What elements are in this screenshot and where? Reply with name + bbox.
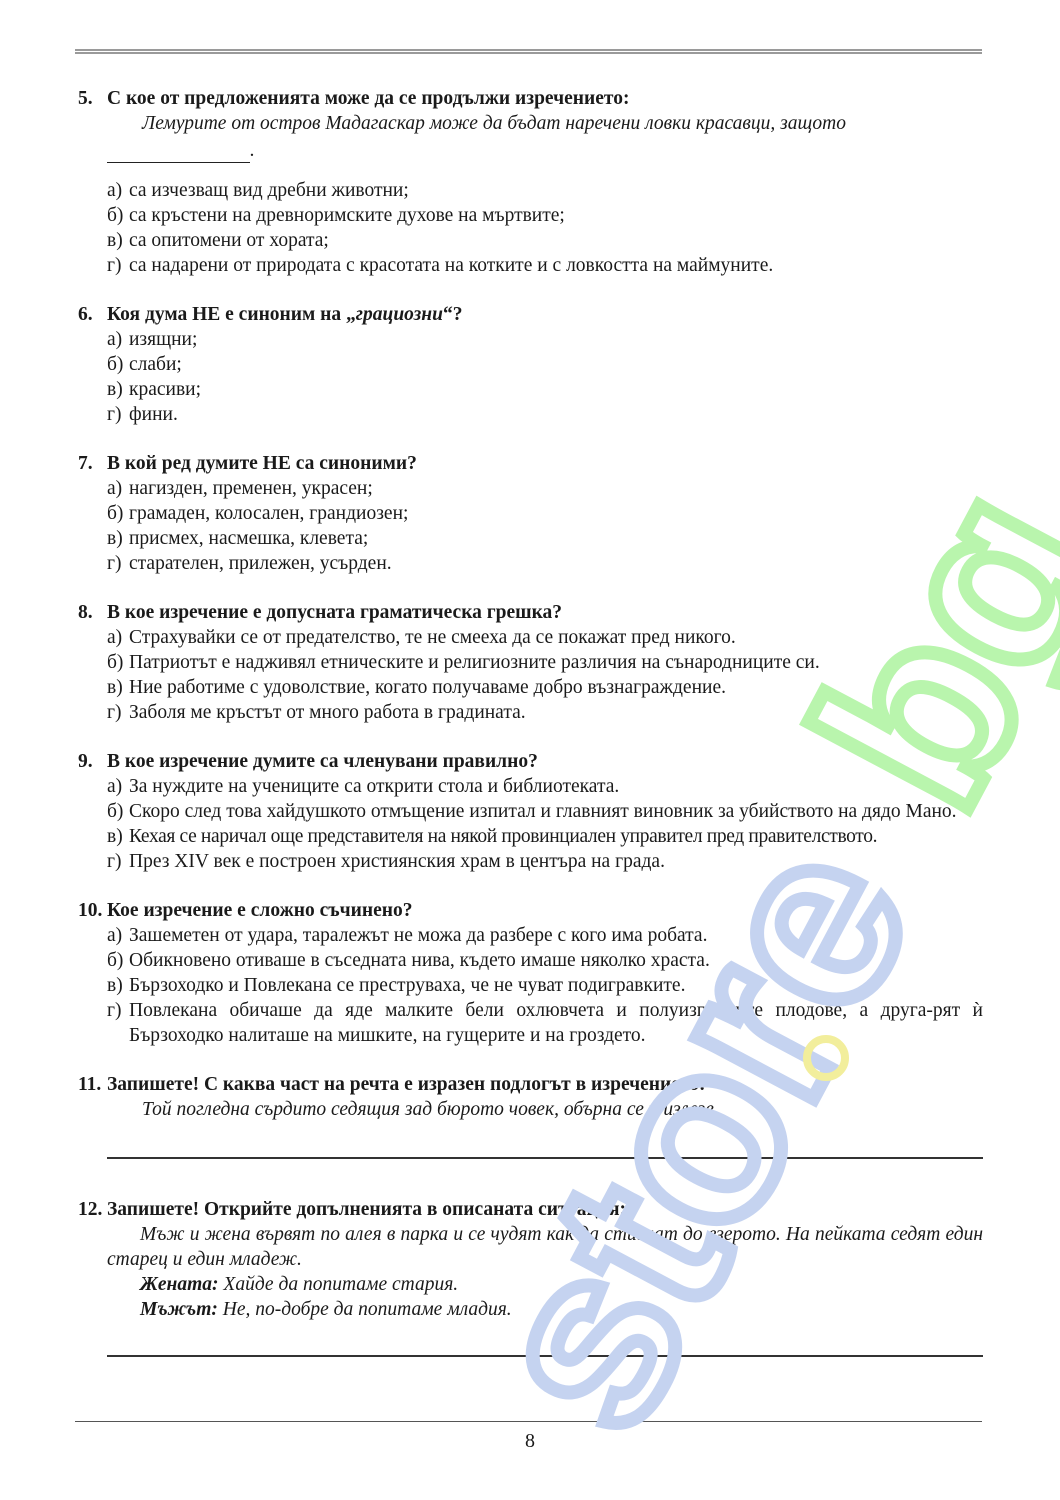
question-7: 7. В кой ред думите НЕ са синоними? а)на… bbox=[78, 451, 983, 576]
question-title: Кое изречение е сложно съчинено? bbox=[107, 898, 983, 923]
option-g[interactable]: г)старателен, прилежен, усърден. bbox=[107, 551, 983, 576]
footer-rule bbox=[75, 1421, 982, 1422]
exercise-content: 5. С кое от предложенията може да се про… bbox=[78, 86, 983, 1357]
option-text: фини. bbox=[129, 402, 983, 427]
option-text: нагизден, пременен, украсен; bbox=[129, 476, 983, 501]
question-8: 8. В кое изречение е допусната граматиче… bbox=[78, 600, 983, 725]
dialogue-line-2: Мъжът: Не, по-добре да попитаме младия. bbox=[140, 1297, 983, 1322]
option-text: изящни; bbox=[129, 327, 983, 352]
option-text: Обикновено отиваше в съседната нива, къд… bbox=[129, 948, 983, 973]
option-b[interactable]: б)са кръстени на древноримските духове н… bbox=[107, 203, 983, 228]
speaker-label: Жената: bbox=[140, 1274, 219, 1295]
title-part: “? bbox=[443, 304, 463, 325]
fill-blank: . bbox=[107, 138, 983, 163]
title-italic-word: грациозни bbox=[356, 304, 443, 325]
question-title: В кое изречение думите са членувани прав… bbox=[107, 749, 983, 774]
option-text: Скоро след това хайдушкото отмъщение изп… bbox=[129, 799, 983, 824]
header-double-rule bbox=[75, 49, 982, 54]
option-a[interactable]: а)Страхувайки се от предателство, те не … bbox=[107, 625, 983, 650]
option-text: Бързоходко и Повлекана се преструваха, ч… bbox=[129, 973, 983, 998]
options-list: а)Страхувайки се от предателство, те не … bbox=[107, 625, 983, 725]
answer-line[interactable] bbox=[107, 1157, 983, 1159]
speaker-line: Не, по-добре да попитаме младия. bbox=[223, 1299, 512, 1320]
option-g[interactable]: г)Заболя ме кръстът от много работа в гр… bbox=[107, 700, 983, 725]
question-number: 10. bbox=[78, 898, 107, 923]
question-5: 5. С кое от предложенията може да се про… bbox=[78, 86, 983, 278]
option-v[interactable]: в)са опитомени от хората; bbox=[107, 228, 983, 253]
question-title: С кое от предложенията може да се продъл… bbox=[107, 86, 983, 111]
option-label: б) bbox=[107, 650, 129, 675]
option-g[interactable]: г)фини. bbox=[107, 402, 983, 427]
question-title: Коя дума НЕ е синоним на „грациозни“? bbox=[107, 302, 983, 327]
option-text: са надарени от природата с красотата на … bbox=[129, 253, 983, 278]
question-number: 12. bbox=[78, 1197, 107, 1222]
option-label: в) bbox=[107, 824, 129, 849]
option-label: в) bbox=[107, 973, 129, 998]
option-b[interactable]: б)Скоро след това хайдушкото отмъщение и… bbox=[107, 799, 983, 824]
option-label: в) bbox=[107, 675, 129, 700]
option-text: старателен, прилежен, усърден. bbox=[129, 551, 983, 576]
option-text: През XIV век е построен християнския хра… bbox=[129, 849, 983, 874]
question-9: 9. В кое изречение думите са членувани п… bbox=[78, 749, 983, 874]
option-text: Повлекана обичаше да яде малките бели ох… bbox=[129, 998, 983, 1048]
option-text: Зашеметен от удара, таралежът не можа да… bbox=[129, 923, 983, 948]
quote-text: Лемурите от остров Мадагаскар може да бъ… bbox=[142, 111, 983, 136]
option-a[interactable]: а)нагизден, пременен, украсен; bbox=[107, 476, 983, 501]
option-label: г) bbox=[107, 551, 129, 576]
page-number: 8 bbox=[0, 1430, 1060, 1453]
option-label: а) bbox=[107, 476, 129, 501]
option-text: Заболя ме кръстът от много работа в град… bbox=[129, 700, 983, 725]
question-number: 8. bbox=[78, 600, 107, 625]
option-label: б) bbox=[107, 352, 129, 377]
question-10: 10. Кое изречение е сложно съчинено? а)З… bbox=[78, 898, 983, 1048]
option-v[interactable]: в)Кехая се наричал още представителя на … bbox=[107, 824, 983, 849]
speaker-label: Мъжът: bbox=[140, 1299, 218, 1320]
option-label: б) bbox=[107, 948, 129, 973]
option-text: са опитомени от хората; bbox=[129, 228, 983, 253]
option-v[interactable]: в)Бързоходко и Повлекана се преструваха,… bbox=[107, 973, 983, 998]
option-g[interactable]: г)Повлекана обичаше да яде малките бели … bbox=[107, 998, 983, 1048]
option-label: г) bbox=[107, 998, 129, 1048]
option-a[interactable]: а)Зашеметен от удара, таралежът не можа … bbox=[107, 923, 983, 948]
option-text: са кръстени на древноримските духове на … bbox=[129, 203, 983, 228]
option-g[interactable]: г)През XIV век е построен християнския х… bbox=[107, 849, 983, 874]
option-a[interactable]: а)са изчезващ вид дребни животни; bbox=[107, 178, 983, 203]
question-number: 6. bbox=[78, 302, 107, 327]
option-label: г) bbox=[107, 700, 129, 725]
dialogue-line-1: Жената: Хайде да попитаме стария. bbox=[140, 1272, 983, 1297]
option-label: г) bbox=[107, 253, 129, 278]
options-list: а)изящни; б)слаби; в)красиви; г)фини. bbox=[107, 327, 983, 427]
option-label: б) bbox=[107, 501, 129, 526]
option-a[interactable]: а)изящни; bbox=[107, 327, 983, 352]
quote-text: Мъж и жена вървят по алея в парка и се ч… bbox=[107, 1222, 983, 1272]
option-label: а) bbox=[107, 774, 129, 799]
option-label: а) bbox=[107, 923, 129, 948]
question-number: 9. bbox=[78, 749, 107, 774]
question-11: 11. Запишете! С каква част на речта е из… bbox=[78, 1072, 983, 1159]
option-g[interactable]: г)са надарени от природата с красотата н… bbox=[107, 253, 983, 278]
question-number: 5. bbox=[78, 86, 107, 111]
blank-period: . bbox=[250, 140, 255, 161]
option-label: г) bbox=[107, 402, 129, 427]
option-text: са изчезващ вид дребни животни; bbox=[129, 178, 983, 203]
option-text: присмех, насмешка, клевета; bbox=[129, 526, 983, 551]
option-text: Патриотът е надживял етническите и религ… bbox=[129, 650, 983, 675]
question-12: 12. Запишете! Открийте допълненията в оп… bbox=[78, 1197, 983, 1357]
option-text: Страхувайки се от предателство, те не см… bbox=[129, 625, 983, 650]
option-label: в) bbox=[107, 526, 129, 551]
option-label: б) bbox=[107, 203, 129, 228]
option-v[interactable]: в)Ние работиме с удоволствие, когато пол… bbox=[107, 675, 983, 700]
options-list: а)Зашеметен от удара, таралежът не можа … bbox=[107, 923, 983, 1048]
option-text: слаби; bbox=[129, 352, 983, 377]
option-b[interactable]: б)слаби; bbox=[107, 352, 983, 377]
option-text: Кехая се наричал още представителя на ня… bbox=[129, 824, 983, 849]
option-v[interactable]: в)красиви; bbox=[107, 377, 983, 402]
option-label: в) bbox=[107, 228, 129, 253]
option-b[interactable]: б)Обикновено отиваше в съседната нива, к… bbox=[107, 948, 983, 973]
option-text: За нуждите на учениците са открити стола… bbox=[129, 774, 983, 799]
option-label: б) bbox=[107, 799, 129, 824]
option-label: а) bbox=[107, 327, 129, 352]
option-v[interactable]: в)присмех, насмешка, клевета; bbox=[107, 526, 983, 551]
title-part: Коя дума НЕ е синоним на „ bbox=[107, 304, 356, 325]
option-text: грамаден, колосален, грандиозен; bbox=[129, 501, 983, 526]
quote-sentence: Лемурите от остров Мадагаскар може да бъ… bbox=[142, 113, 846, 134]
options-list: а)За нуждите на учениците са открити сто… bbox=[107, 774, 983, 874]
answer-line[interactable] bbox=[107, 1355, 983, 1357]
question-number: 7. bbox=[78, 451, 107, 476]
options-list: а)нагизден, пременен, украсен; б)грамаде… bbox=[107, 476, 983, 576]
question-6: 6. Коя дума НЕ е синоним на „грациозни“?… bbox=[78, 302, 983, 427]
option-b[interactable]: б)грамаден, колосален, грандиозен; bbox=[107, 501, 983, 526]
speaker-line: Хайде да попитаме стария. bbox=[223, 1274, 458, 1295]
question-title: Запишете! Открийте допълненията в описан… bbox=[107, 1197, 983, 1222]
option-label: а) bbox=[107, 178, 129, 203]
option-b[interactable]: б)Патриотът е надживял етническите и рел… bbox=[107, 650, 983, 675]
question-title: В кой ред думите НЕ са синоними? bbox=[107, 451, 983, 476]
blank-field[interactable] bbox=[107, 142, 250, 163]
question-number: 11. bbox=[78, 1072, 107, 1097]
option-a[interactable]: а)За нуждите на учениците са открити сто… bbox=[107, 774, 983, 799]
option-text: красиви; bbox=[129, 377, 983, 402]
option-label: а) bbox=[107, 625, 129, 650]
option-label: в) bbox=[107, 377, 129, 402]
question-title: В кое изречение е допусната граматическа… bbox=[107, 600, 983, 625]
question-title: Запишете! С каква част на речта е изразе… bbox=[107, 1072, 983, 1097]
option-text: Ние работиме с удоволствие, когато получ… bbox=[129, 675, 983, 700]
quote-text: Той погледна сърдито седящия зад бюрото … bbox=[142, 1097, 983, 1122]
option-label: г) bbox=[107, 849, 129, 874]
options-list: а)са изчезващ вид дребни животни; б)са к… bbox=[107, 178, 983, 278]
